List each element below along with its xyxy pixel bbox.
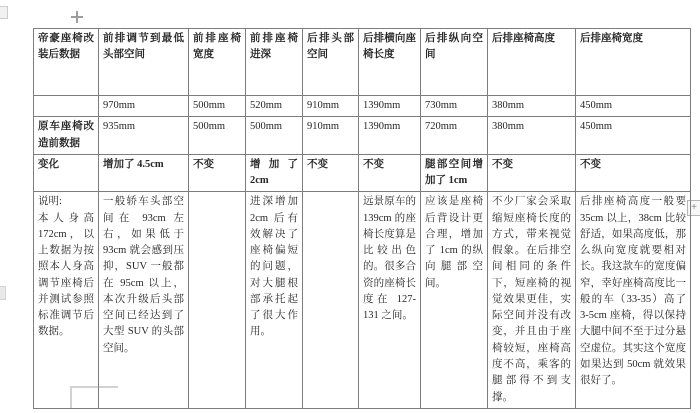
value-cell[interactable]: 1390mm (359, 117, 421, 155)
note-cell-rear-width[interactable]: 后排座椅高度一般要 35cm 以上，38cm 比较舒适，如果高度低，那么纵向宽度… (576, 192, 691, 408)
value-cell[interactable]: 380mm (488, 117, 576, 155)
value-cell[interactable]: 1390mm (359, 96, 421, 117)
value-cell[interactable]: 720mm (421, 117, 488, 155)
value-cell[interactable]: 520mm (246, 96, 303, 117)
value-cell[interactable]: 730mm (421, 96, 488, 117)
change-cell[interactable]: 不变 (576, 154, 691, 192)
header-cell-rear-seat-height[interactable]: 后排座椅高度 (488, 29, 576, 96)
value-cell[interactable]: 970mm (99, 96, 189, 117)
after-modification-values-row: 970mm 500mm 520mm 910mm 1390mm 730mm 380… (34, 96, 691, 117)
change-cell[interactable]: 腿部空间增加了 1cm (421, 154, 488, 192)
page-edge-mark-left (0, 286, 6, 300)
value-cell[interactable]: 500mm (189, 117, 246, 155)
seat-data-table: 帝豪座椅改装后数据 前排调节到最低头部空间 前排座椅宽度 前排座椅进深 后排头部… (33, 28, 691, 409)
row-label-modified-data[interactable]: 帝豪座椅改装后数据 (34, 29, 99, 96)
row-label-original-data[interactable]: 原车座椅改造前数据 (34, 117, 99, 155)
table-header-row: 帝豪座椅改装后数据 前排调节到最低头部空间 前排座椅宽度 前排座椅进深 后排头部… (34, 29, 691, 96)
change-cell[interactable]: 不变 (303, 154, 359, 192)
value-cell[interactable] (34, 96, 99, 117)
notes-row: 说明: 本人身高 172cm，以上数据为按照本人身高调节座椅后并测试参照标准调节… (34, 192, 691, 408)
value-cell[interactable]: 450mm (576, 117, 691, 155)
page-corner-mark-top-left (0, 6, 8, 19)
header-cell-rear-headroom[interactable]: 后排头部空间 (303, 29, 359, 96)
note-cell-empty[interactable] (189, 192, 246, 408)
header-cell-rear-seat-width[interactable]: 后排座椅宽度 (576, 29, 691, 96)
change-cell[interactable]: 增加了 2cm (246, 154, 303, 192)
before-modification-values-row: 原车座椅改造前数据 935mm 500mm 500mm 910mm 1390mm… (34, 117, 691, 155)
table-move-handle-icon[interactable] (70, 10, 84, 24)
note-cell-front-depth[interactable]: 进深增加 2cm 后有效解决了座椅偏短的问题，对大腿根部承托起了很大作用。 (246, 192, 303, 408)
move-handle-bar (76, 11, 78, 23)
note-cell-front-headroom[interactable]: 一般轿车头部空间在 93cm 左右，如果低于 93cm 就会感到压抑，SUV 一… (99, 192, 189, 408)
value-cell[interactable]: 910mm (303, 96, 359, 117)
header-cell-rear-longitudinal-space[interactable]: 后排纵向空间 (421, 29, 488, 96)
document-page: + 帝豪座椅改装后数据 前排调节到最低头部空间 前排座椅宽度 前排座椅进深 后排… (0, 0, 700, 413)
header-cell-front-min-headroom[interactable]: 前排调节到最低头部空间 (99, 29, 189, 96)
change-row: 变化 增加了 4.5cm 不变 增加了 2cm 不变 不变 腿部空间增加了 1c… (34, 154, 691, 192)
row-label-change[interactable]: 变化 (34, 154, 99, 192)
value-cell[interactable]: 935mm (99, 117, 189, 155)
value-cell[interactable]: 500mm (189, 96, 246, 117)
change-cell[interactable]: 不变 (488, 154, 576, 192)
header-cell-rear-lateral-seat-length[interactable]: 后排横向座椅长度 (359, 29, 421, 96)
value-cell[interactable]: 910mm (303, 117, 359, 155)
note-cell-empty[interactable] (303, 192, 359, 408)
change-cell[interactable]: 不变 (189, 154, 246, 192)
change-cell[interactable]: 增加了 4.5cm (99, 154, 189, 192)
value-cell[interactable]: 500mm (246, 117, 303, 155)
value-cell[interactable]: 450mm (576, 96, 691, 117)
change-cell[interactable]: 不变 (359, 154, 421, 192)
header-cell-front-seat-width[interactable]: 前排座椅宽度 (189, 29, 246, 96)
header-cell-front-seat-depth[interactable]: 前排座椅进深 (246, 29, 303, 96)
note-cell-rear-lateral[interactable]: 远景原车的 139cm 的座椅长度算是比较出色的。很多合资的座椅长度在 127-… (359, 192, 421, 408)
note-cell-rear-longitudinal[interactable]: 应该是座椅后背设计更合理，增加了 1cm 的纵向腿部空间。 (421, 192, 488, 408)
note-cell-intro[interactable]: 说明: 本人身高 172cm，以上数据为按照本人身高调节座椅后并测试参照标准调节… (34, 192, 99, 408)
note-cell-rear-height[interactable]: 不少厂家会采取缩短座椅长度的方式，带来视觉假象。在后排空间相同的条件下，短座椅的… (488, 192, 576, 408)
value-cell[interactable]: 380mm (488, 96, 576, 117)
